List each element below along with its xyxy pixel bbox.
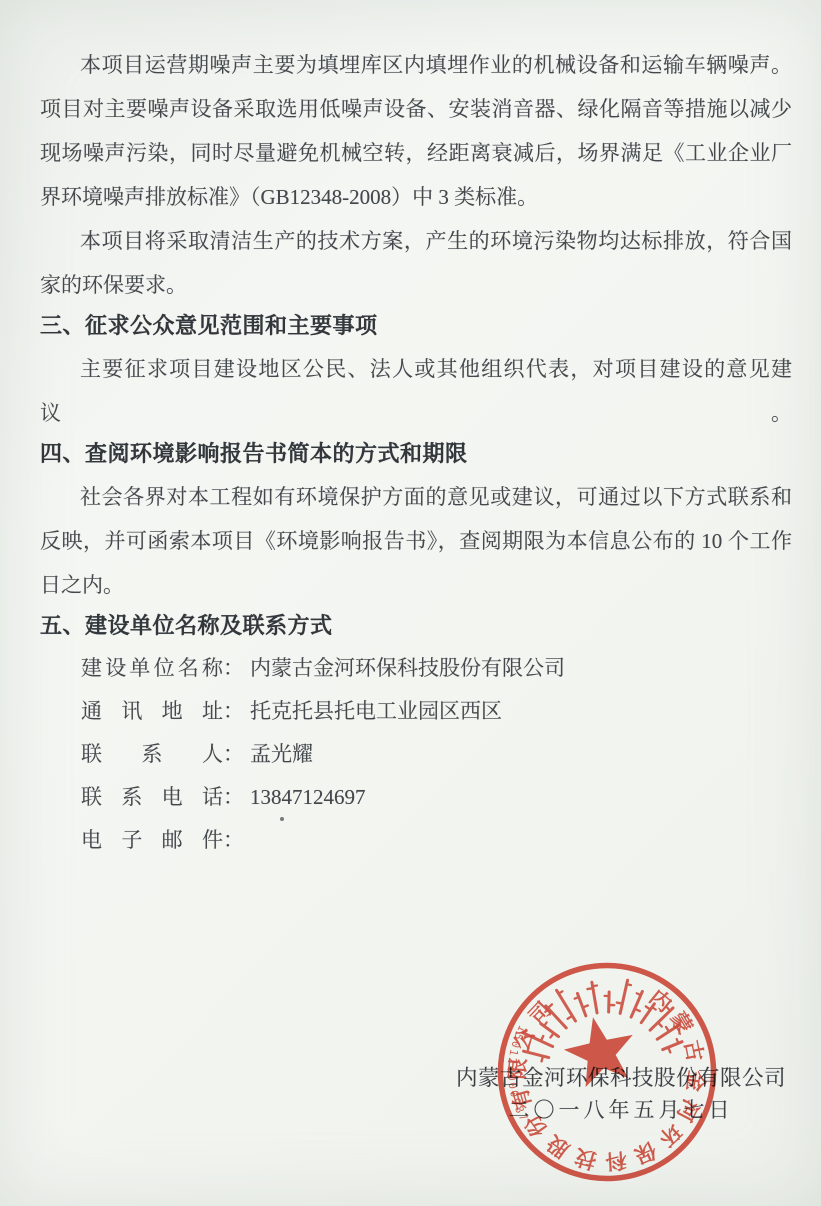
contact-label: 联系人: [81, 733, 223, 776]
contact-colon: ：: [223, 733, 244, 776]
contact-colon: ：: [223, 776, 244, 819]
ink-speck: [280, 817, 284, 821]
document-line: 项目对主要噪声设备采取选用低噪声设备、安装消音器、绿化隔音等措施以减少: [40, 87, 792, 131]
document-line: 日之内。: [40, 563, 792, 607]
contact-row: 联系人：孟光耀: [40, 733, 792, 776]
section-heading: 三、征求公众意见范围和主要事项: [40, 307, 792, 347]
contact-value: 孟光耀: [250, 733, 313, 776]
document-line: 界环境噪声排放标准》（GB12348-2008）中 3 类标准。: [40, 175, 792, 219]
document-line: 主要征求项目建设地区公民、法人或其他组织代表，对项目建设的意见建议。: [40, 347, 792, 435]
contact-colon: ：: [223, 819, 244, 862]
scanned-page: 本项目运营期噪声主要为填埋库区内填埋作业的机械设备和运输车辆噪声。项目对主要噪声…: [0, 0, 821, 1206]
star-icon: [559, 1010, 642, 1090]
contact-value: 内蒙古金河环保科技股份有限公司: [250, 647, 565, 690]
contact-value: 托克托县托电工业园区西区: [250, 690, 502, 733]
section-heading: 四、查阅环境影响报告书简本的方式和期限: [40, 435, 792, 475]
document-line: 本项目运营期噪声主要为填埋库区内填埋作业的机械设备和运输车辆噪声。: [40, 43, 792, 87]
contact-row: 建设单位名称：内蒙古金河环保科技股份有限公司: [40, 647, 792, 690]
document-line: 本项目将采取清洁生产的技术方案，产生的环境污染物均达标排放，符合国: [40, 219, 792, 263]
contact-colon: ：: [223, 690, 244, 733]
contact-label: 电子邮件: [81, 819, 223, 862]
document-body: 本项目运营期噪声主要为填埋库区内填埋作业的机械设备和运输车辆噪声。项目对主要噪声…: [0, 0, 821, 862]
section-heading: 五、建设单位名称及联系方式: [40, 607, 792, 647]
document-line: 现场噪声污染，同时尽量避免机械空转，经距离衰减后，场界满足《工业企业厂: [40, 131, 792, 175]
contact-row: 联系电话：13847124697: [40, 776, 792, 819]
contact-value: 13847124697: [250, 776, 366, 819]
document-line: 社会各界对本工程如有环境保护方面的意见或建议，可通过以下方式联系和: [40, 475, 792, 519]
contact-label: 建设单位名称: [81, 647, 223, 690]
contact-label: 通讯地址: [81, 690, 223, 733]
contact-row: 通讯地址：托克托县托电工业园区西区: [40, 690, 792, 733]
contact-row: 电子邮件：: [40, 819, 792, 862]
contact-colon: ：: [223, 647, 244, 690]
company-seal: 内蒙古金河环保科技股份有限公司 150122000987: [487, 952, 727, 1192]
contact-label: 联系电话: [81, 776, 223, 819]
document-line: 反映，并可函索本项目《环境影响报告书》，查阅期限为本信息公布的 10 个工作: [40, 519, 792, 563]
document-line: 家的环保要求。: [40, 263, 792, 307]
